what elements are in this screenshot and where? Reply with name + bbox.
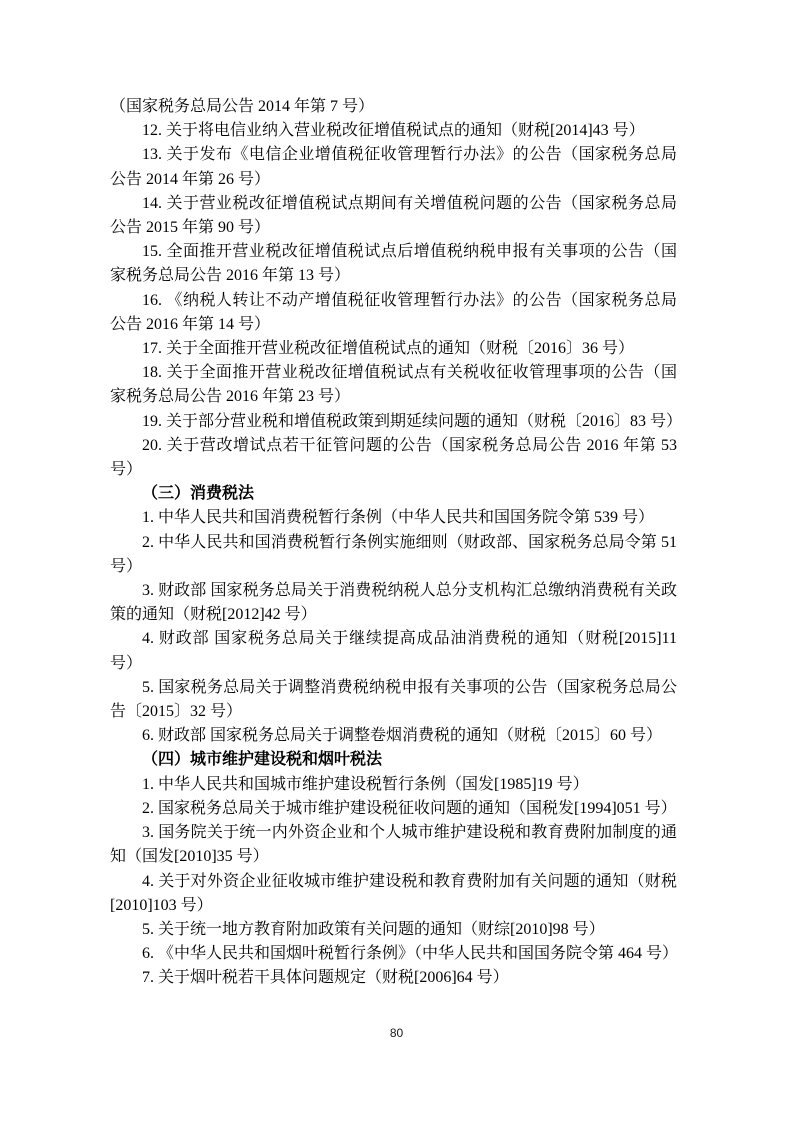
list-item: 12. 关于将电信业纳入营业税改征增值税试点的通知（财税[2014]43 号） xyxy=(110,119,677,143)
list-item: 17. 关于全面推开营业税改征增值税试点的通知（财税〔2016〕36 号） xyxy=(110,337,677,361)
list-item: 18. 关于全面推开营业税改征增值税试点有关税收征收管理事项的公告（国家税务总局… xyxy=(110,361,677,409)
list-item: 20. 关于营改增试点若干征管问题的公告（国家税务总局公告 2016 年第 53… xyxy=(110,434,677,482)
list-item: 1. 中华人民共和国城市维护建设税暂行条例（国发[1985]19 号） xyxy=(110,773,677,797)
list-item: 6. 财政部 国家税务总局关于调整卷烟消费税的通知（财税〔2015〕60 号） xyxy=(110,724,677,748)
list-item: 13. 关于发布《电信企业增值税征收管理暂行办法》的公告（国家税务总局公告 20… xyxy=(110,143,677,191)
list-item: 1. 中华人民共和国消费税暂行条例（中华人民共和国国务院令第 539 号） xyxy=(110,506,677,530)
list-item: 4. 财政部 国家税务总局关于继续提高成品油消费税的通知（财税[2015]11 … xyxy=(110,627,677,675)
list-item: 19. 关于部分营业税和增值税政策到期延续问题的通知（财税〔2016〕83 号） xyxy=(110,410,677,434)
list-item: 5. 国家税务总局关于调整消费税纳税申报有关事项的公告（国家税务总局公告〔201… xyxy=(110,676,677,724)
list-item: 5. 关于统一地方教育附加政策有关问题的通知（财综[2010]98 号） xyxy=(110,918,677,942)
list-item: 4. 关于对外资企业征收城市维护建设税和教育费附加有关问题的通知（财税[2010… xyxy=(110,870,677,918)
section-heading: （四）城市维护建设税和烟叶税法 xyxy=(110,748,677,772)
list-item: 3. 国务院关于统一内外资企业和个人城市维护建设税和教育费附加制度的通知（国发[… xyxy=(110,821,677,869)
list-item: 6. 《中华人民共和国烟叶税暂行条例》（中华人民共和国国务院令第 464 号） xyxy=(110,942,677,966)
list-item: 16. 《纳税人转让不动产增值税征收管理暂行办法》的公告（国家税务总局公告 20… xyxy=(110,289,677,337)
paragraph-continuation: （国家税务总局公告 2014 年第 7 号） xyxy=(110,95,677,119)
list-item: 15. 全面推开营业税改征增值税试点后增值税纳税申报有关事项的公告（国家税务总局… xyxy=(110,240,677,288)
document-body: （国家税务总局公告 2014 年第 7 号）12. 关于将电信业纳入营业税改征增… xyxy=(110,95,677,991)
list-item: 14. 关于营业税改征增值税试点期间有关增值税问题的公告（国家税务总局公告 20… xyxy=(110,192,677,240)
list-item: 3. 财政部 国家税务总局关于消费税纳税人总分支机构汇总缴纳消费税有关政策的通知… xyxy=(110,579,677,627)
page-footer: 80 xyxy=(0,1026,793,1040)
list-item: 7. 关于烟叶税若干具体问题规定（财税[2006]64 号） xyxy=(110,966,677,990)
section-heading: （三）消费税法 xyxy=(110,482,677,506)
document-page: （国家税务总局公告 2014 年第 7 号）12. 关于将电信业纳入营业税改征增… xyxy=(0,0,793,1122)
list-item: 2. 中华人民共和国消费税暂行条例实施细则（财政部、国家税务总局令第 51 号） xyxy=(110,531,677,579)
list-item: 2. 国家税务总局关于城市维护建设税征收问题的通知（国税发[1994]051 号… xyxy=(110,797,677,821)
page-number: 80 xyxy=(390,1026,403,1040)
